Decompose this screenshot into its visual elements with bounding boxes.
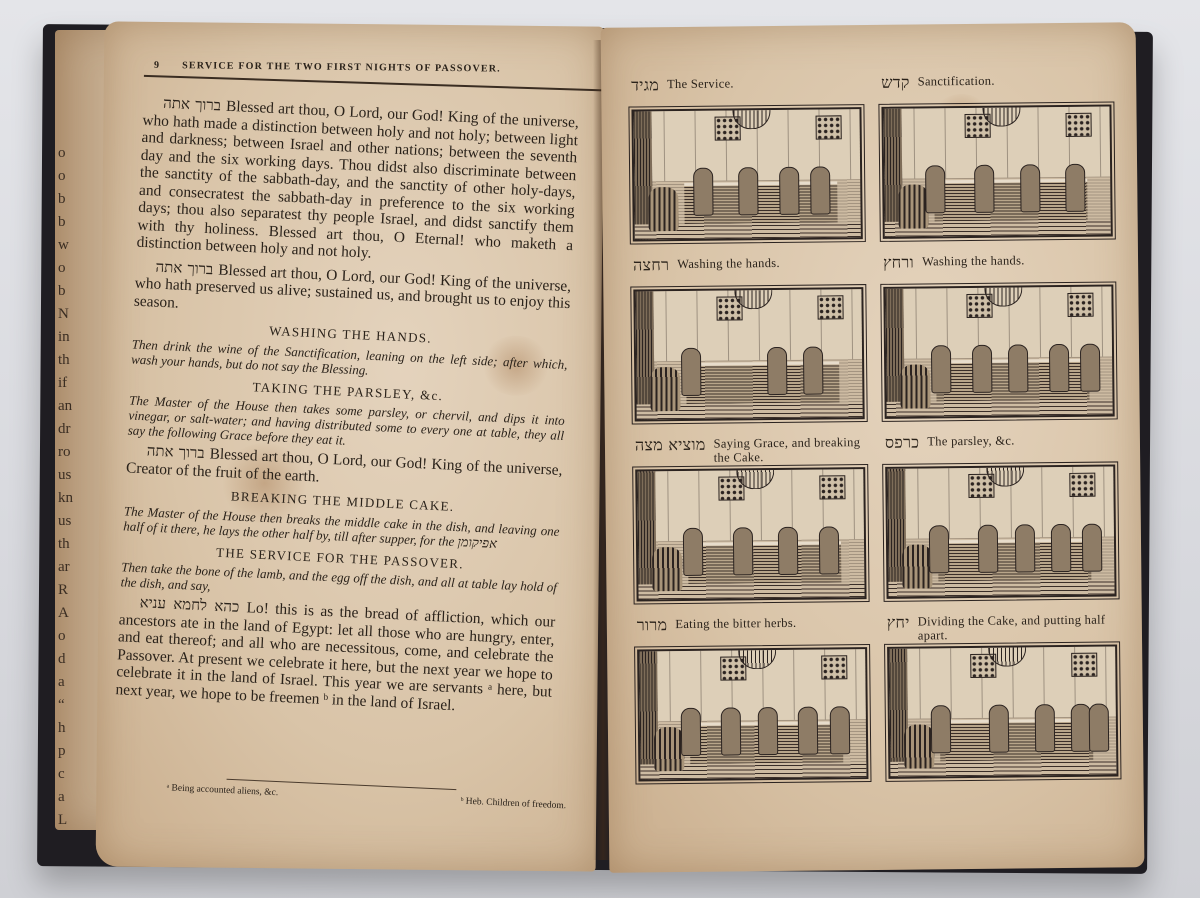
text-fragment: o xyxy=(58,145,98,162)
seated-figure xyxy=(683,528,704,576)
seated-figure xyxy=(1049,344,1070,392)
seder-plate-illustration: מגידThe Service. xyxy=(631,73,863,241)
seated-figure xyxy=(1082,524,1103,572)
woodcut-engraving xyxy=(633,287,864,421)
armchair xyxy=(900,365,930,409)
window xyxy=(1065,113,1091,137)
right-page: מגידThe Service.קדשSanctification.רחצהWa… xyxy=(601,22,1145,873)
plate-hebrew-title: ורחץ xyxy=(883,253,914,273)
seated-figure xyxy=(1014,524,1035,572)
header-rule xyxy=(144,75,612,92)
seated-figure xyxy=(803,346,824,394)
blessing-paragraph: ברוך אתה Blessed art thou, O Lord, our G… xyxy=(136,94,579,272)
seated-figure xyxy=(931,345,952,393)
window xyxy=(817,295,843,319)
armchair xyxy=(898,185,928,229)
woodcut-engraving xyxy=(637,647,868,781)
plate-caption: ורחץWashing the hands. xyxy=(883,250,1113,286)
plate-caption: קדשSanctification. xyxy=(881,70,1111,106)
text-fragment: dr xyxy=(58,421,98,438)
seated-figure xyxy=(930,705,951,753)
woodcut-engraving xyxy=(885,464,1116,598)
text-fragment: us xyxy=(58,513,98,530)
text-fragment: in xyxy=(58,329,98,346)
plate-english-caption: Dividing the Cake, and putting half apar… xyxy=(918,610,1117,642)
seder-plate-illustration: קדשSanctification. xyxy=(881,70,1113,238)
text-fragment: ro xyxy=(58,444,98,461)
text-fragment: th xyxy=(58,352,98,369)
seated-figure xyxy=(757,707,778,755)
armchair xyxy=(903,725,933,769)
seder-plate-illustration: מרורEating the bitter herbs. xyxy=(637,613,869,781)
seated-figure xyxy=(989,705,1010,753)
seated-figure xyxy=(974,165,995,213)
woodcut-engraving xyxy=(883,284,1114,418)
plate-hebrew-title: מוציא מצה xyxy=(635,435,706,456)
plate-caption: יחץDividing the Cake, and putting half a… xyxy=(887,610,1117,646)
seated-figure xyxy=(1020,164,1041,212)
armchair xyxy=(902,545,932,589)
seder-plate-illustration: ורחץWashing the hands. xyxy=(883,250,1115,418)
window xyxy=(1067,293,1093,317)
text-fragment: R xyxy=(58,582,98,599)
text-fragment: A xyxy=(58,605,98,622)
text-fragment: o xyxy=(58,168,98,185)
text-fragment: L xyxy=(58,812,98,829)
text-fragment: p xyxy=(58,743,98,760)
text-fragment: “ xyxy=(58,697,98,714)
woodcut-engraving xyxy=(881,104,1112,238)
seated-figure xyxy=(778,527,799,575)
window xyxy=(815,115,841,139)
seated-figure xyxy=(693,168,714,216)
plate-caption: מוציא מצהSaying Grace, and breaking the … xyxy=(635,433,865,469)
text-fragment: o xyxy=(58,628,98,645)
woodcut-engraving xyxy=(631,107,862,241)
seated-figure xyxy=(1051,524,1072,572)
page-number: 9 xyxy=(154,60,160,71)
armchair xyxy=(650,367,680,411)
window xyxy=(821,655,847,679)
footnote-a: ᵃ Being accounted aliens, &c. xyxy=(166,783,278,798)
woodcut-plates-grid: מגידThe Service.קדשSanctification.רחצהWa… xyxy=(631,70,1118,781)
hebrew-incipit: ברוך אתה xyxy=(155,257,219,278)
text-fragment: o xyxy=(58,260,98,277)
window xyxy=(1069,473,1095,497)
seated-figure xyxy=(972,345,993,393)
seated-figure xyxy=(721,707,742,755)
text-fragment: w xyxy=(58,237,98,254)
seated-figure xyxy=(925,165,946,213)
footnotes: ᵃ Being accounted aliens, &c. ᵇ Heb. Chi… xyxy=(166,783,566,811)
woodcut-engraving xyxy=(887,644,1118,778)
woodcut-engraving xyxy=(635,467,866,601)
window xyxy=(819,475,845,499)
plate-english-caption: Washing the hands. xyxy=(677,254,780,271)
seated-figure xyxy=(819,526,840,574)
seated-figure xyxy=(733,527,754,575)
plate-caption: מגידThe Service. xyxy=(631,73,861,109)
seder-plate-illustration: יחץDividing the Cake, and putting half a… xyxy=(887,610,1119,778)
seated-figure xyxy=(681,348,702,396)
text-fragment: b xyxy=(58,191,98,208)
seated-figure xyxy=(680,708,701,756)
seated-figure xyxy=(1034,704,1055,752)
footnote-b: ᵇ Heb. Children of freedom. xyxy=(460,796,566,811)
text-fragment: d xyxy=(58,651,98,668)
hebrew-incipit: ברוך אתה xyxy=(146,441,210,462)
text-fragment: b xyxy=(58,283,98,300)
seated-figure xyxy=(928,525,949,573)
blessing-paragraph: כהא לחמא עניא Lo! this is as the bread o… xyxy=(115,593,555,718)
plate-english-caption: The parsley, &c. xyxy=(927,432,1014,449)
plate-hebrew-title: קדש xyxy=(881,73,910,93)
seated-figure xyxy=(779,167,800,215)
armchair xyxy=(653,727,683,771)
running-head: 9 SERVICE FOR THE TWO FIRST NIGHTS OF PA… xyxy=(154,60,594,76)
seated-figure xyxy=(1065,164,1086,212)
plate-english-caption: Washing the hands. xyxy=(922,251,1025,268)
blessing-text: Blessed art thou, O Lord, our God! King … xyxy=(136,98,579,262)
armchair xyxy=(648,187,678,231)
text-fragment: us xyxy=(58,467,98,484)
plate-hebrew-title: מרור xyxy=(637,615,668,635)
plate-caption: מרורEating the bitter herbs. xyxy=(637,613,867,649)
seder-plate-illustration: כרפסThe parsley, &c. xyxy=(885,430,1117,598)
text-fragment: h xyxy=(58,720,98,737)
plate-hebrew-title: כרפס xyxy=(885,433,920,453)
text-fragment: N xyxy=(58,306,98,323)
haggadah-text: ברוך אתה Blessed art thou, O Lord, our G… xyxy=(115,94,579,725)
seated-figure xyxy=(767,347,788,395)
seder-plate-illustration: רחצהWashing the hands. xyxy=(633,253,865,421)
plate-hebrew-title: יחץ xyxy=(887,613,910,633)
text-fragment: ar xyxy=(58,559,98,576)
hebrew-incipit: ברוך אתה xyxy=(163,94,227,115)
seated-figure xyxy=(1008,344,1029,392)
plate-english-caption: Sanctification. xyxy=(918,72,995,89)
window xyxy=(1071,653,1097,677)
blessing-text: Lo! this is as the bread of affliction, … xyxy=(115,599,555,713)
left-page: 9 SERVICE FOR THE TWO FIRST NIGHTS OF PA… xyxy=(96,21,605,871)
armchair xyxy=(652,547,682,591)
text-fragment: a xyxy=(58,674,98,691)
text-fragment: a xyxy=(58,789,98,806)
plate-hebrew-title: רחצה xyxy=(633,255,669,275)
plate-hebrew-title: מגיד xyxy=(631,75,659,95)
seated-figure xyxy=(1089,704,1110,752)
seated-figure xyxy=(978,525,999,573)
text-fragment: b xyxy=(58,214,98,231)
text-fragment: c xyxy=(58,766,98,783)
plate-english-caption: Saying Grace, and breaking the Cake. xyxy=(713,433,865,465)
seated-figure xyxy=(798,707,819,755)
text-fragment: if xyxy=(58,375,98,392)
plate-caption: כרפסThe parsley, &c. xyxy=(885,430,1115,466)
text-fragment: kn xyxy=(58,490,98,507)
seated-figure xyxy=(810,166,831,214)
seated-figure xyxy=(1080,344,1101,392)
running-head-title: SERVICE FOR THE TWO FIRST NIGHTS OF PASS… xyxy=(182,60,501,74)
text-fragment: an xyxy=(58,398,98,415)
seated-figure xyxy=(830,706,851,754)
seated-figure xyxy=(738,167,759,215)
text-fragment: th xyxy=(58,536,98,553)
plate-caption: רחצהWashing the hands. xyxy=(633,253,863,289)
plate-english-caption: The Service. xyxy=(667,74,734,91)
plate-english-caption: Eating the bitter herbs. xyxy=(675,614,796,631)
seder-plate-illustration: מוציא מצהSaying Grace, and breaking the … xyxy=(635,433,867,601)
